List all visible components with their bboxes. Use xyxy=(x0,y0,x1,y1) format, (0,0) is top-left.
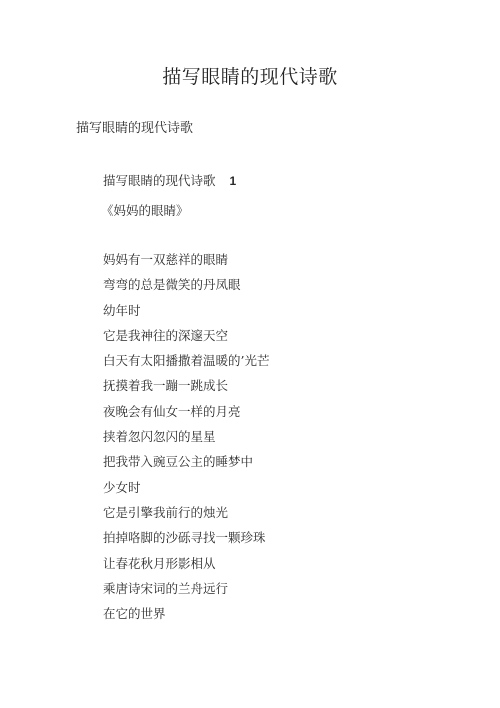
poem-line: 抚摸着我一蹦一跳成长 xyxy=(103,377,269,402)
section-heading: 描写眼睛的现代诗歌1 xyxy=(103,172,236,190)
poem-line: 夜晚会有仙女一样的月亮 xyxy=(103,403,269,428)
poem-title: 《妈妈的眼睛》 xyxy=(101,202,189,220)
document-page: 描写眼睛的现代诗歌 描写眼睛的现代诗歌 描写眼睛的现代诗歌1 《妈妈的眼睛》 妈… xyxy=(0,0,500,708)
poem-line: 弯弯的总是微笑的丹凤眼 xyxy=(103,276,269,301)
poem-line: 幼年时 xyxy=(103,302,269,327)
poem-line: 挟着忽闪忽闪的星星 xyxy=(103,428,269,453)
poem-line: 把我带入豌豆公主的睡梦中 xyxy=(103,453,269,478)
poem-line: 拍掉咯脚的沙砾寻找一颗珍珠 xyxy=(103,529,269,554)
poem-line: 乘唐诗宋词的兰舟远行 xyxy=(103,580,269,605)
poem-line: 它是引擎我前行的烛光 xyxy=(103,504,269,529)
document-subtitle: 描写眼睛的现代诗歌 xyxy=(76,120,193,138)
section-number: 1 xyxy=(230,174,237,188)
section-heading-text: 描写眼睛的现代诗歌 xyxy=(103,173,216,188)
poem-line: 妈妈有一双慈祥的眼睛 xyxy=(103,251,269,276)
poem-line: 在它的世界 xyxy=(103,605,269,630)
poem-line: 让春花秋月形影相从 xyxy=(103,555,269,580)
poem-line: 少女时 xyxy=(103,479,269,504)
document-title: 描写眼睛的现代诗歌 xyxy=(0,64,500,90)
poem-line: 它是我神往的深邃天空 xyxy=(103,327,269,352)
poem-body: 妈妈有一双慈祥的眼睛 弯弯的总是微笑的丹凤眼 幼年时 它是我神往的深邃天空 白天… xyxy=(103,251,269,630)
poem-line: 白天有太阳播撒着温暖的’光芒 xyxy=(103,352,269,377)
